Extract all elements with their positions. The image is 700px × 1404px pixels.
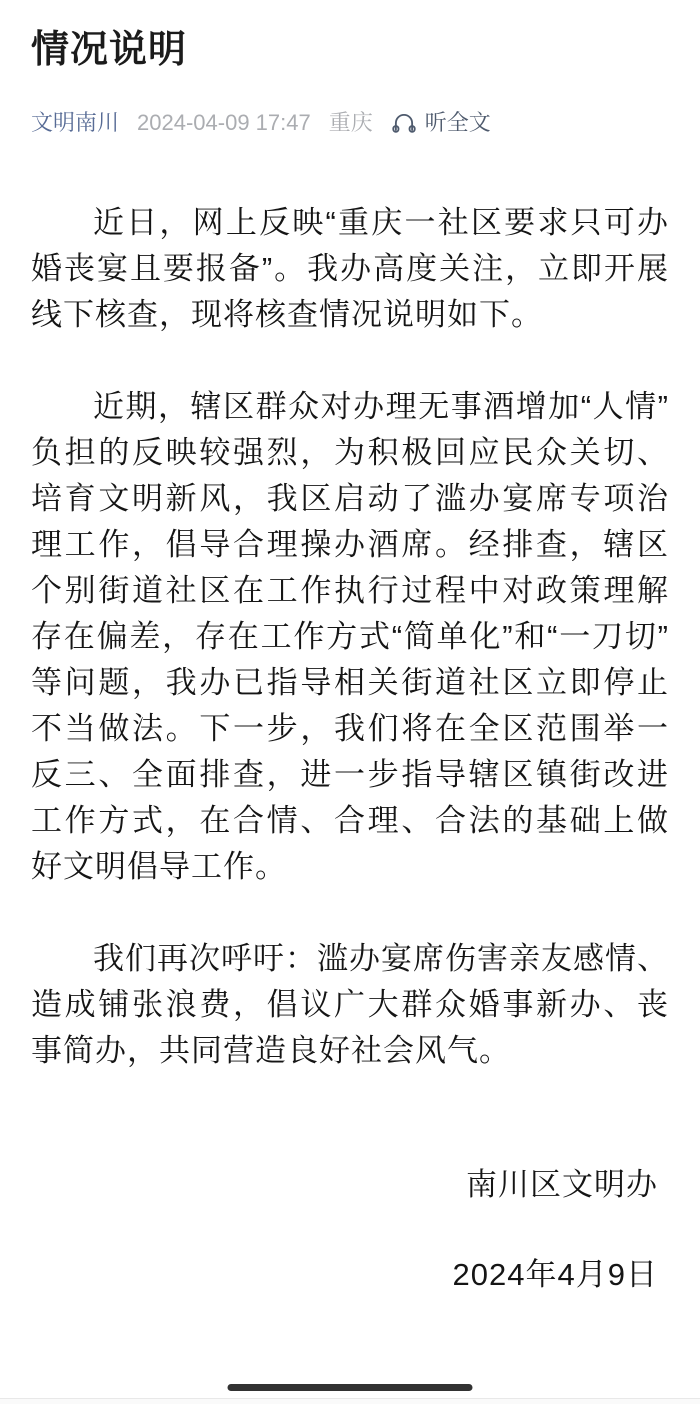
body-paragraph: 我们再次呼吁：滥办宴席伤害亲友感情、造成铺张浪费，倡议广大群众婚事新办、丧事简办… (31, 936, 669, 1074)
body-paragraph: 近期，辖区群众对办理无事酒增加“人情”负担的反映较强烈，为积极回应民众关切、培育… (31, 384, 669, 890)
headphones-icon (391, 110, 417, 136)
article-body: 近日，网上反映“重庆一社区要求只可办婚丧宴且要报备”。我办高度关注，立即开展线下… (31, 200, 669, 1298)
listen-full-text-label: 听全文 (425, 108, 491, 138)
article-title: 情况说明 (31, 0, 669, 76)
signature-date: 2024年4月9日 (31, 1252, 669, 1298)
home-indicator[interactable] (228, 1384, 473, 1391)
bottom-bar-divider (0, 1398, 700, 1404)
article-page: 情况说明 文明南川 2024-04-09 17:47 重庆 听全文 近日，网上反… (0, 0, 700, 1404)
signature-org: 南川区文明办 (31, 1162, 669, 1208)
body-paragraph: 近日，网上反映“重庆一社区要求只可办婚丧宴且要报备”。我办高度关注，立即开展线下… (31, 200, 669, 338)
publish-location: 重庆 (329, 108, 373, 138)
account-name-link[interactable]: 文明南川 (31, 108, 119, 138)
publish-timestamp: 2024-04-09 17:47 (137, 108, 311, 138)
article-meta: 文明南川 2024-04-09 17:47 重庆 听全文 (31, 108, 669, 138)
listen-full-text-button[interactable]: 听全文 (391, 108, 491, 138)
